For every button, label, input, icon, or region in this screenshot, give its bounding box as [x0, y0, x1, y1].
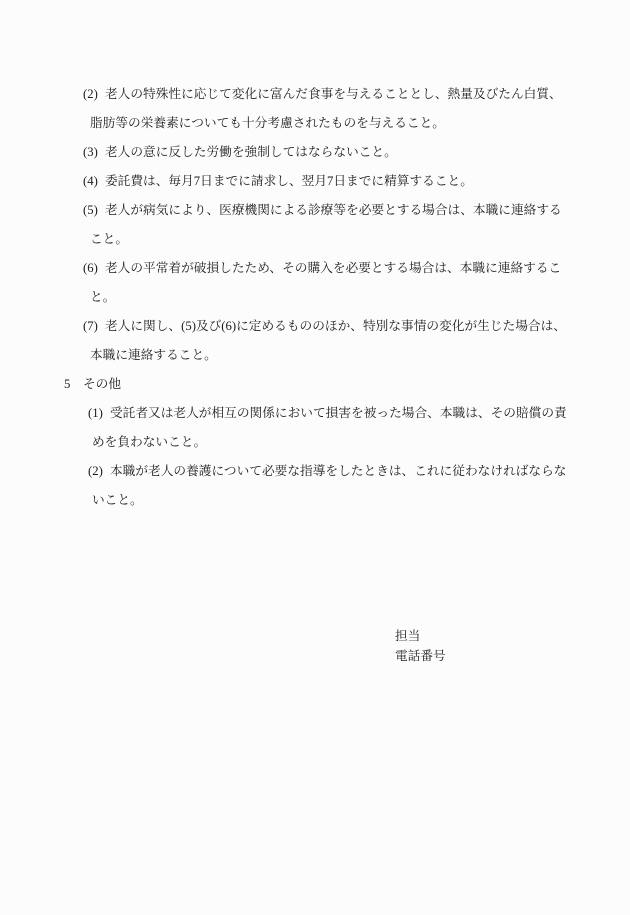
clause-4-5-line-1: (5)老人が病気により、医療機関による診療等を必要とする場合は、本職に連絡する — [0, 196, 630, 225]
document-body: (2)老人の特殊性に応じて変化に富んだ食事を与えることとし、熱量及びたん白質、 … — [0, 0, 630, 515]
clause-4-3-line-1: (3)老人の意に反した労働を強制してはならないこと。 — [0, 138, 630, 167]
clause-4-2-line-1: (2)老人の特殊性に応じて変化に富んだ食事を与えることとし、熱量及びたん白質、 — [0, 80, 630, 109]
clause-4-2-line-2: 脂肪等の栄養素についても十分考慮されたものを与えること。 — [0, 109, 630, 138]
section-title: その他 — [83, 377, 121, 391]
clause-4-7-line-1: (7)老人に関し、(5)及び(6)に定めるもののほか、特別な事情の変化が生じた場… — [0, 312, 630, 341]
clause-text: と。 — [90, 290, 115, 304]
clause-number: (3) — [83, 138, 105, 167]
clause-4-4-line-1: (4)委託費は、毎月7日までに請求し、翌月7日までに精算すること。 — [0, 167, 630, 196]
clause-4-7-line-2: 本職に連絡すること。 — [0, 341, 630, 370]
clause-number: (4) — [83, 167, 105, 196]
clause-number: (7) — [83, 312, 105, 341]
clause-5-1-line-2: めを負わないこと。 — [0, 428, 630, 457]
clause-text: 老人の意に反した労働を強制してはならないこと。 — [105, 145, 397, 159]
clause-4-6-line-2: と。 — [0, 283, 630, 312]
clause-text: 老人に関し、(5)及び(6)に定めるもののほか、特別な事情の変化が生じた場合は、 — [105, 319, 566, 333]
clause-text: めを負わないこと。 — [92, 435, 206, 449]
clause-number: (2) — [83, 80, 105, 109]
section-5-heading: 5その他 — [0, 370, 630, 399]
clause-5-2-line-2: いこと。 — [0, 486, 630, 515]
clause-5-1-line-1: (1)受託者又は老人が相互の関係において損害を被った場合、本職は、その賠償の責 — [0, 399, 630, 428]
document-page: (2)老人の特殊性に応じて変化に富んだ食事を与えることとし、熱量及びたん白質、 … — [0, 0, 630, 915]
clause-number: (6) — [83, 254, 105, 283]
section-number: 5 — [64, 370, 83, 399]
clause-number: (5) — [83, 196, 105, 225]
clause-text: 受託者又は老人が相互の関係において損害を被った場合、本職は、その賠償の責 — [110, 406, 567, 420]
clause-text: 老人の特殊性に応じて変化に富んだ食事を与えることとし、熱量及びたん白質、 — [105, 87, 562, 101]
clause-text: 委託費は、毎月7日までに請求し、翌月7日までに精算すること。 — [105, 174, 473, 188]
clause-number: (2) — [88, 457, 110, 486]
clause-text: こと。 — [90, 232, 128, 246]
clause-text: 本職が老人の養護について必要な指導をしたときは、これに従わなければならな — [110, 464, 567, 478]
clause-text: 老人が病気により、医療機関による診療等を必要とする場合は、本職に連絡する — [105, 203, 562, 217]
clause-text: いこと。 — [92, 493, 143, 507]
contact-block: 担当 電話番号 — [395, 626, 446, 666]
clause-text: 老人の平常着が破損したため、その購入を必要とする場合は、本職に連絡するこ — [105, 261, 561, 275]
clause-5-2-line-1: (2)本職が老人の養護について必要な指導をしたときは、これに従わなければならな — [0, 457, 630, 486]
clause-text: 脂肪等の栄養素についても十分考慮されたものを与えること。 — [90, 116, 445, 130]
clause-4-5-line-2: こと。 — [0, 225, 630, 254]
contact-phone-label: 電話番号 — [395, 646, 446, 666]
clause-number: (1) — [88, 399, 110, 428]
clause-text: 本職に連絡すること。 — [90, 348, 217, 362]
contact-person-label: 担当 — [395, 626, 446, 646]
clause-4-6-line-1: (6)老人の平常着が破損したため、その購入を必要とする場合は、本職に連絡するこ — [0, 254, 630, 283]
